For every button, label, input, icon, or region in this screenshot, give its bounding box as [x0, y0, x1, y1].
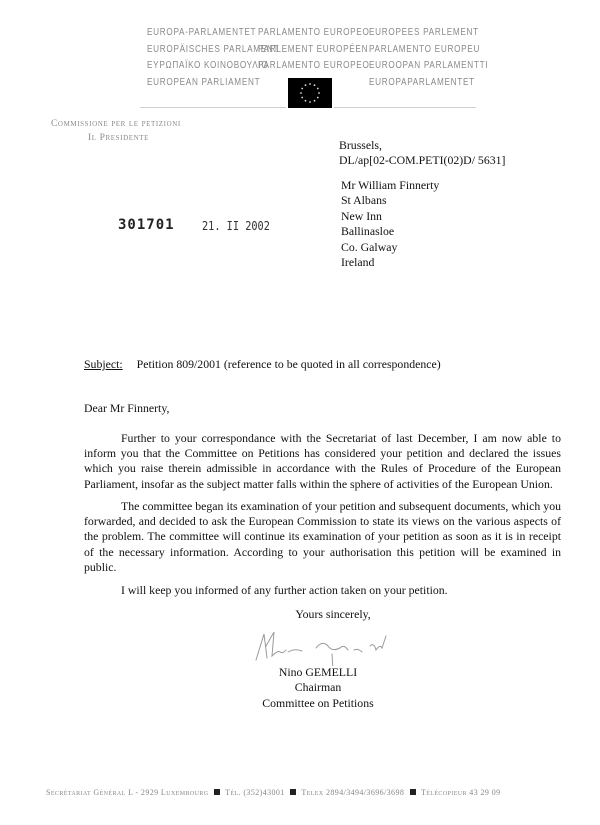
signatory-block: Nino GEMELLI Chairman Committee on Petit… [248, 665, 388, 711]
letterhead-line: EUROOPAN PARLAMENTTI [369, 57, 488, 74]
footer-phone: Tél. (352)43001 [225, 788, 285, 797]
signature [250, 626, 410, 666]
president-label: Il Presidente [88, 133, 149, 143]
footer-telex: Telex 2894/3494/3696/3698 [301, 788, 404, 797]
header-rule-right [334, 107, 476, 108]
bullet-square-icon [214, 789, 220, 795]
letterhead-line: EUROPAPARLAMENTET [369, 74, 488, 91]
letterhead-line: EUROPEES PARLEMENT [369, 24, 488, 41]
paragraph-text: Further to your correspondance with the … [84, 431, 561, 491]
salutation: Dear Mr Finnerty, [84, 401, 169, 416]
signatory-title: Chairman [248, 680, 388, 695]
bullet-square-icon [290, 789, 296, 795]
subject-text: Petition 809/2001 (reference to be quote… [137, 357, 441, 371]
recipient-address: Mr William Finnerty St Albans New Inn Ba… [341, 178, 439, 270]
footer: Secrétariat Général L - 2929 Luxembourg … [46, 788, 586, 797]
letterhead-line: PARLAMENTO EUROPEO [258, 24, 370, 41]
letterhead-line: PARLAMENTO EUROPEO [258, 57, 370, 74]
signatory-committee: Committee on Petitions [248, 696, 388, 711]
bullet-square-icon [410, 789, 416, 795]
signatory-name: Nino GEMELLI [248, 665, 388, 680]
eu-flag-icon [288, 78, 332, 108]
body-paragraph-1: Further to your correspondance with the … [84, 431, 561, 492]
body-paragraph-2: The committee began its examination of y… [84, 499, 561, 575]
stamp-number: 301701 [118, 217, 175, 233]
footer-fax: Télécopieur 43 29 09 [421, 788, 501, 797]
address-line: Ireland [341, 255, 439, 270]
letterhead-column-3: EUROPEES PARLEMENT PARLAMENTO EUROPEU EU… [369, 24, 488, 90]
letterhead-column-2: PARLAMENTO EUROPEO PARLEMENT EUROPÉEN PA… [258, 24, 370, 74]
address-line: Co. Galway [341, 240, 439, 255]
paragraph-text: The committee began its examination of y… [84, 499, 561, 574]
reference-block: Brussels, DL/ap[02-COM.PETI(02)D/ 5631] [339, 138, 505, 168]
address-line: Mr William Finnerty [341, 178, 439, 193]
stamp-date: 21. II 2002 [202, 218, 270, 233]
city: Brussels, [339, 138, 505, 153]
letterhead-line: EUROPEAN PARLIAMENT [147, 74, 279, 91]
address-line: Ballinasloe [341, 224, 439, 239]
footer-address: Secrétariat Général L - 2929 Luxembourg [46, 788, 208, 797]
reference-number: DL/ap[02-COM.PETI(02)D/ 5631] [339, 153, 505, 168]
address-line: New Inn [341, 209, 439, 224]
closing: Yours sincerely, [263, 607, 403, 622]
committee-name: Commissione per le petizioni [51, 119, 181, 129]
body-paragraph-3: I will keep you informed of any further … [121, 583, 448, 598]
signature-scribble-icon [250, 626, 410, 666]
letterhead-line: PARLEMENT EUROPÉEN [258, 41, 370, 58]
subject-label: Subject: [84, 357, 123, 371]
letterhead-line: PARLAMENTO EUROPEU [369, 41, 488, 58]
address-line: St Albans [341, 193, 439, 208]
subject-line: Subject:Petition 809/2001 (reference to … [84, 357, 441, 372]
header-rule-left [140, 107, 286, 108]
